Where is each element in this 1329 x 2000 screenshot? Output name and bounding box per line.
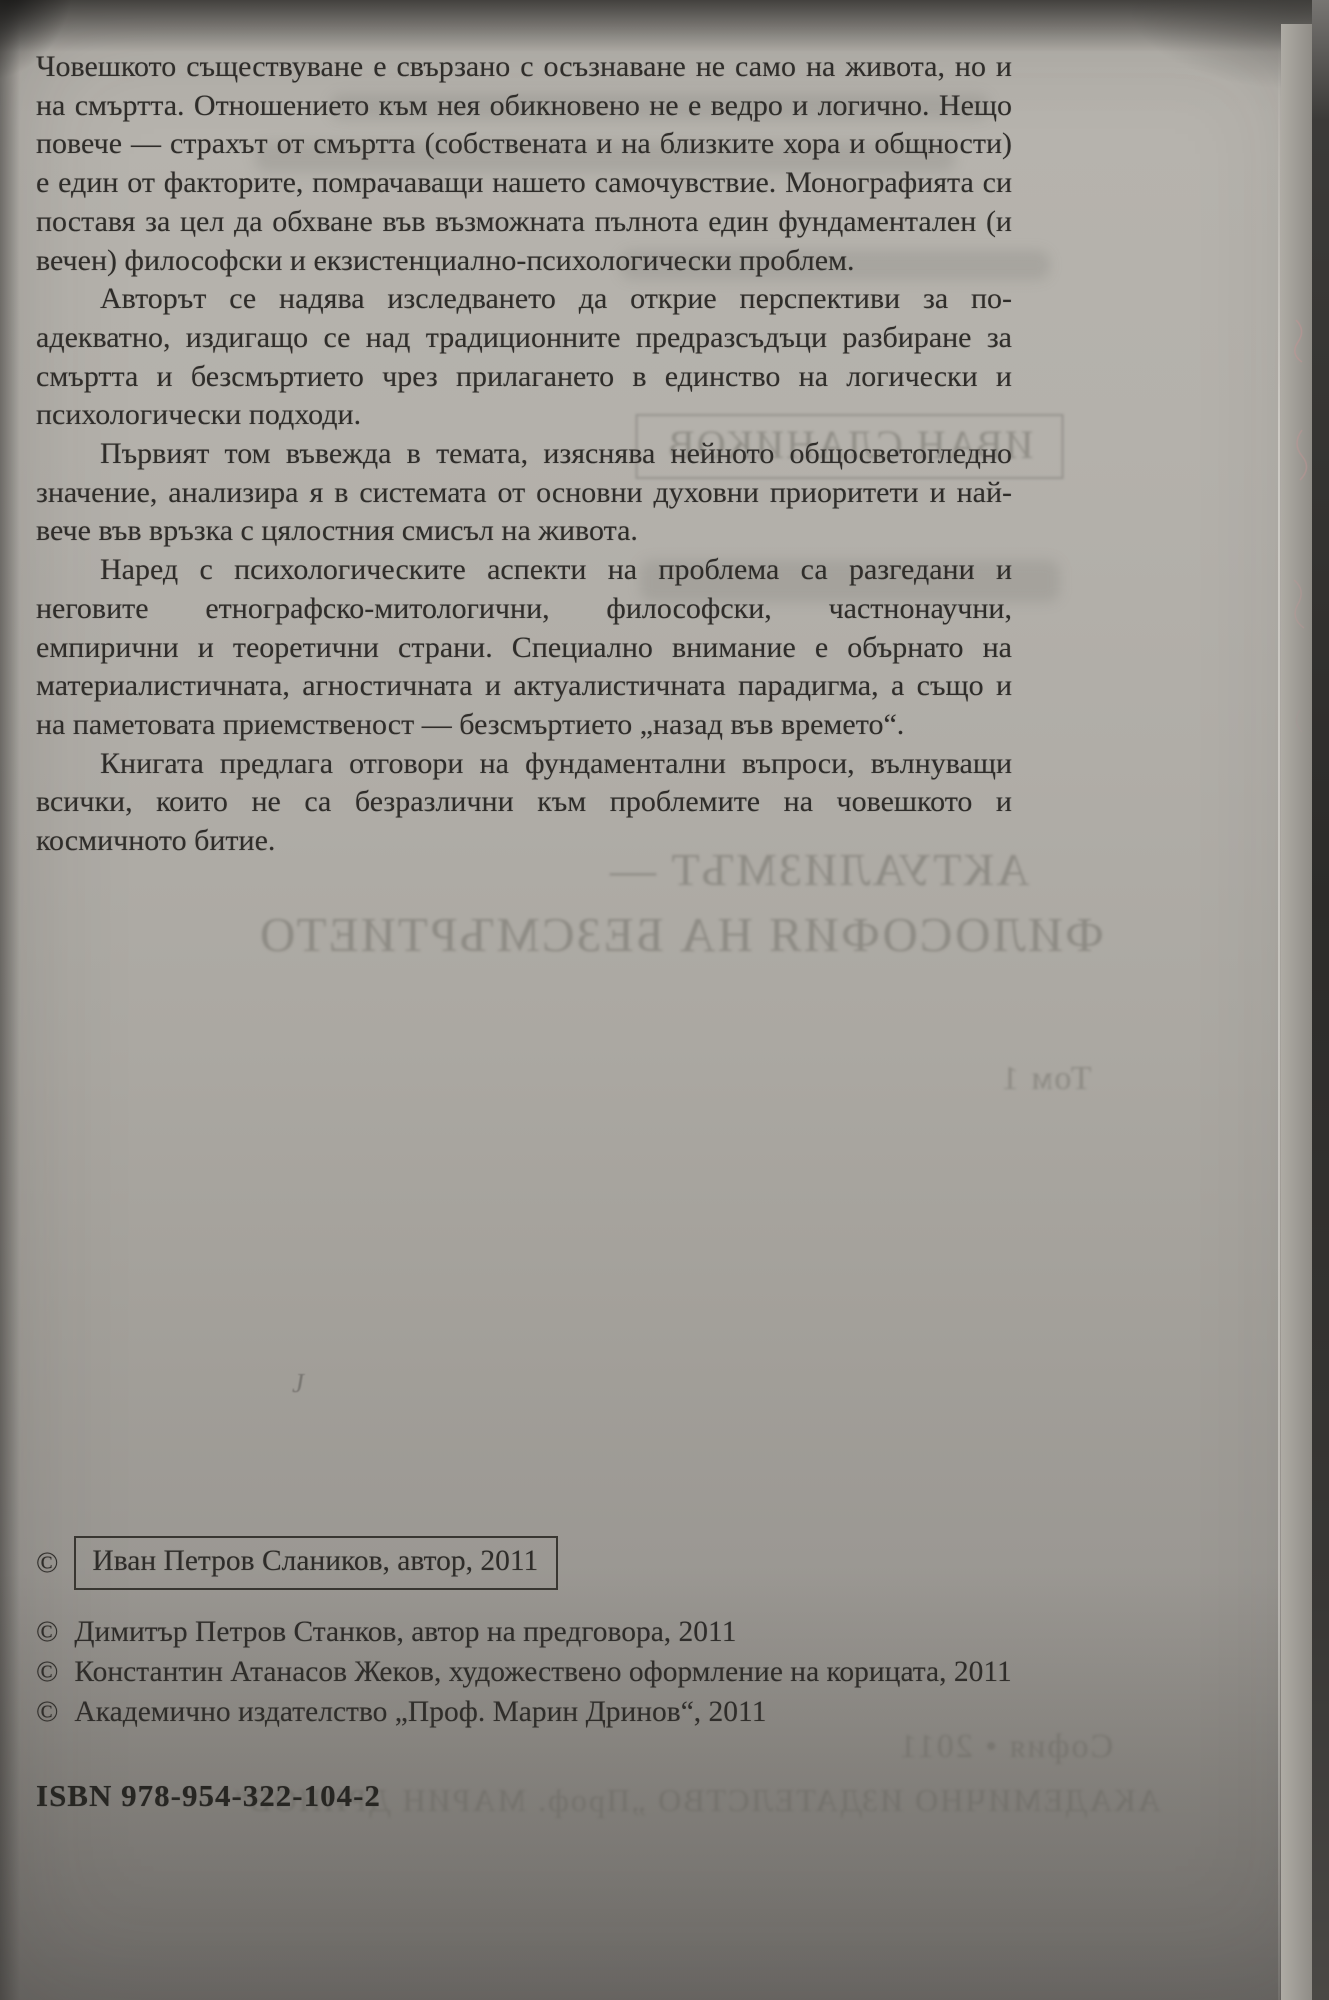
paragraph: Книгата предлага отговори на фундаментал… <box>36 745 1012 861</box>
book-edge-dark-background <box>1312 0 1329 2000</box>
bottom-shade-overlay <box>0 1570 1329 2000</box>
page-crease-line <box>1278 40 1280 2000</box>
bleedthrough-title-line2: ФИЛОСОФИЯ НА БЕЗСМЪРТИЕТО <box>258 906 1104 963</box>
paragraph: Наред с психологическите аспекти на проб… <box>36 551 1012 745</box>
paragraph: Първият том въвежда в темата, изяснява н… <box>36 435 1012 551</box>
bleedthrough-volume: Том 1 <box>1000 1060 1092 1098</box>
book-page-photo: ИВАН СЛАНИКОВ АКТУАЛИЗМЪТ — ФИЛОСОФИЯ НА… <box>0 0 1329 2000</box>
annotation-text-block: Човешкото съществуване е свързано с осъз… <box>36 48 1012 861</box>
paragraph: Авторът се надява изследването да открие… <box>36 280 1012 435</box>
stray-ink-mark: J <box>292 1368 304 1399</box>
paragraph: Човешкото съществуване е свързано с осъз… <box>36 48 1012 280</box>
